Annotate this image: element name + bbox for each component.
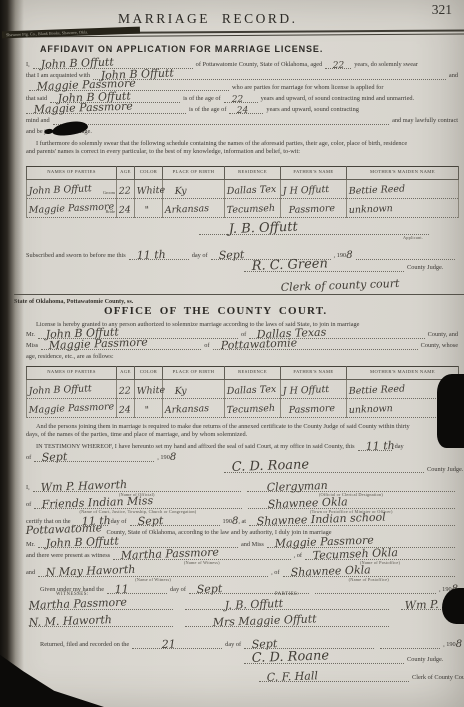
blank-line: Maggie Passmore [26, 106, 186, 114]
table-row: Maggie Passmore 24 " Arkansas Tecumseh P… [27, 399, 459, 418]
form-line: and be joined in marriage. [26, 128, 458, 136]
state-county-line: State of Oklahoma, Pottawatomie County, … [14, 298, 133, 305]
column-header-age: AGE [117, 167, 135, 180]
license-text: age, residence, etc., are as follows: [26, 353, 458, 361]
handwritten-groom-age: 22 [231, 94, 243, 104]
party-two-signature: Mrs Maggie Offutt [213, 612, 317, 629]
bride-mother: unknown [349, 203, 394, 216]
blank-line: Wm P. Haworth (Name of Official) [33, 484, 241, 492]
groom-residence: Dallas Tex [227, 384, 277, 397]
groom-age: 22 [119, 185, 132, 197]
blank-line: Shawnee Okla (Name of Postoffice) [283, 569, 456, 577]
affidavit-paragraph: I furthermore do solemnly swear that the… [26, 140, 458, 148]
signature-line: C. D. Roane [224, 465, 424, 473]
handwritten-day: 11 th [136, 248, 165, 262]
table-row: John B Offutt 22 White Ky Dallas Tex J H… [27, 380, 459, 399]
blank-line: Friends Indian Miss (Name of Court, Just… [34, 501, 241, 509]
printed-text: , 190 [443, 641, 456, 649]
handwritten-month: Sept [252, 637, 278, 651]
blank-line: Sept [34, 454, 154, 462]
bride-name: Maggie Passmore [29, 201, 115, 216]
signature-line: R. C. Green [244, 264, 404, 272]
groom-father: J H Offutt [283, 184, 330, 197]
affidavit-body: I, John B Offutt of Pottawatomie County,… [26, 61, 458, 156]
column-header-residence: RESIDENCE [225, 167, 281, 180]
blank-line: Sept [244, 641, 374, 649]
groom-mother: Bettie Reed [349, 384, 406, 397]
form-line: I, Wm P. Haworth (Name of Official) Cler… [26, 484, 458, 492]
printed-text: , 190 [157, 454, 170, 462]
printed-text: years and upward, sound contracting [266, 106, 359, 114]
printed-text: , of [294, 552, 302, 560]
table-header-row: NAMES OF PARTIES AGE COLOR PLACE OF BIRT… [27, 167, 459, 180]
printed-text: County, whose [421, 342, 458, 350]
column-header-color: COLOR [135, 367, 163, 380]
license-block: License is hereby granted to any person … [26, 321, 458, 361]
blank-line: Tecumseh Okla (Name of Postoffice) [305, 552, 455, 560]
county-judge-signature: C. D. Roane [231, 458, 309, 476]
form-line: and there were present as witness Martha… [26, 552, 458, 560]
affidavit-paragraph: and parents' names is correct in every p… [26, 148, 458, 156]
county-judge-signature: R. C. Green [251, 256, 328, 274]
witness-two-name: N May Haworth [46, 562, 136, 578]
groom-name: John B Offutt [29, 383, 92, 397]
column-header-names: NAMES OF PARTIES [27, 167, 117, 180]
table-row: Maggie PassmoreBride 24 " Arkansas Tecum… [27, 199, 459, 218]
form-line: of Friends Indian Miss (Name of Court, J… [26, 501, 458, 509]
blank-line: Shawnee Okla (Town or Postoffice of Mini… [248, 501, 455, 509]
column-header-residence: RESIDENCE [225, 367, 281, 380]
signature-line: J. B. Offutt Applicant. [199, 227, 429, 235]
license-table-section: NAMES OF PARTIES AGE COLOR PLACE OF BIRT… [26, 366, 458, 418]
printed-text: and [26, 569, 35, 577]
county-judge-signature: C. D. Roane [251, 648, 329, 666]
groom-tag: Groom [103, 190, 115, 195]
handwritten-day: 21 [162, 638, 176, 651]
printed-text: years and upward, of sound contracting m… [261, 95, 415, 103]
signature-line: Mrs Maggie Offutt [185, 619, 389, 627]
bride-mother: unknown [349, 403, 394, 416]
printed-text: Mr. [26, 541, 35, 549]
printed-text: days, of the names of the parties, time … [26, 431, 458, 439]
printed-text: of [26, 454, 31, 462]
blank-line: 21 [132, 641, 222, 649]
printed-text: of [26, 501, 31, 509]
printed-text: of Pottawatomie County, State of Oklahom… [196, 61, 323, 69]
blank-line: 24 [229, 106, 263, 114]
witness-one-postoffice: Tecumseh Okla [313, 546, 399, 562]
blank-line: Clergyman (Official or Clerical Designat… [247, 484, 455, 492]
party-one-signature: J. B. Offutt [225, 597, 284, 612]
handwritten-bride-name: Maggie Passmore [34, 99, 133, 115]
handwritten-year: 8 [170, 452, 176, 463]
officiant-town: Shawnee Okla [267, 495, 347, 511]
blank-line: Martha Passmore (Name of Witness) [113, 552, 290, 560]
printed-text: mind and [26, 117, 50, 125]
groom-birthplace: Ky [175, 385, 187, 397]
bride-residence: Tecumseh [227, 403, 276, 416]
blank-line: 22 [325, 61, 351, 69]
printed-text: Miss [26, 342, 38, 350]
printed-text: 190 [223, 518, 232, 526]
jurat-block: Subscribed and sworn to before me this 1… [26, 252, 458, 296]
printed-text: , at [238, 518, 246, 526]
printed-text: Subscribed and sworn to before me this [26, 252, 126, 260]
license-table: NAMES OF PARTIES AGE COLOR PLACE OF BIRT… [26, 366, 459, 418]
printed-text: is of the age of [183, 95, 220, 103]
signature-line: Martha Passmore [29, 602, 173, 610]
blank-line: N May Haworth (Name of Witness) [38, 569, 268, 577]
groom-mother: Bettie Reed [349, 184, 406, 197]
signature-columns: WITNESSES: Martha Passmore N. M. Haworth… [26, 592, 458, 627]
printed-text: is of the age of [189, 106, 226, 114]
form-line: Returned, filed and recorded on the 21 d… [40, 641, 458, 649]
form-line: mind and and may lawfully contract [26, 117, 458, 125]
groom-residence: Dallas Tex [227, 184, 277, 197]
witness-one-signature: Martha Passmore [29, 596, 128, 612]
column-header-age: AGE [117, 367, 135, 380]
scan-artifact [437, 374, 464, 448]
applicant-signature: J. B. Offutt [228, 220, 297, 237]
column-header-names: NAMES OF PARTIES [27, 367, 117, 380]
printed-text: IN TESTIMONY WHEREOF, I have hereunto se… [26, 443, 355, 451]
county-court-heading: OFFICE OF THE COUNTY COURT. [104, 305, 327, 317]
bride-father: Passmore [289, 203, 336, 216]
printed-text: Mr. [26, 331, 35, 339]
handwritten-year: 8 [346, 250, 352, 261]
bride-father: Passmore [289, 403, 336, 416]
printed-text: and Miss [241, 541, 264, 549]
bride-residence: Tecumseh [227, 203, 276, 216]
column-header-color: COLOR [135, 167, 163, 180]
officiant-designation: Clergyman [266, 479, 327, 494]
blank-line: John B Offutt [93, 72, 446, 80]
page-title: MARRIAGE RECORD. [118, 11, 298, 27]
blank-line: 11 th [358, 443, 392, 451]
bottom-signatures: C. D. Roane County Judge. C. F. Hall Cle… [26, 656, 458, 682]
handwritten-month: Sept [137, 514, 163, 528]
printed-text: , of [271, 569, 279, 577]
column-header-father: FATHER'S NAME [281, 167, 347, 180]
handwritten-year: 8 [456, 639, 462, 650]
handwritten-court-note: Clerk of county court [281, 277, 400, 294]
table-header-row: NAMES OF PARTIES AGE COLOR PLACE OF BIRT… [27, 367, 459, 380]
handwritten-year: 8 [232, 516, 238, 527]
printed-text: and may lawfully contract [392, 117, 458, 125]
printed-text: Returned, filed and recorded on the [40, 641, 129, 649]
book-binding-shadow [0, 0, 24, 707]
printed-text: And the persons joining them in marriage… [26, 423, 458, 431]
returns-paragraph: And the persons joining them in marriage… [26, 423, 458, 439]
groom-name: John B Offutt [29, 183, 92, 197]
clerk-label: Clerk of County Court. [412, 674, 464, 682]
table-row: John B OffuttGroom 22 White Ky Dallas Te… [27, 180, 459, 199]
form-line: I, John B Offutt of Pottawatomie County,… [26, 61, 458, 69]
groom-color: White [137, 185, 166, 197]
signature-line: N. M. Haworth [29, 619, 173, 627]
groom-birthplace: Ky [175, 185, 187, 197]
blank-line [380, 641, 440, 649]
handwritten-month: Sept [196, 582, 222, 596]
bride-birthplace: Arkansas [165, 403, 210, 416]
blank-line [53, 117, 389, 125]
blank-line: Shawnee Indian school [249, 518, 455, 526]
signature-line: C. D. Roane [244, 656, 404, 664]
form-line: Miss Maggie Passmore of Pottawatomie Cou… [26, 342, 458, 350]
groom-father: J H Offutt [283, 384, 330, 397]
printed-text: years, do solemnly swear [354, 61, 418, 69]
form-line: and N May Haworth (Name of Witness) , of… [26, 569, 458, 577]
page-number: 321 [432, 2, 452, 18]
handwritten-day: 11 th [365, 439, 394, 453]
column-header-birth: PLACE OF BIRTH [163, 167, 225, 180]
witness-two-postoffice: Shawnee Okla [290, 563, 370, 579]
county-judge-label: County Judge. [407, 656, 443, 664]
affidavit-heading: AFFIDAVIT ON APPLICATION FOR MARRIAGE LI… [40, 44, 323, 54]
groom-color: White [137, 385, 166, 397]
handwritten-age: 22 [333, 61, 345, 71]
form-line: Maggie Passmore is of the age of 24 year… [26, 106, 458, 114]
column-header-birth: PLACE OF BIRTH [163, 367, 225, 380]
blank-line: Pottawatomie [213, 342, 418, 350]
section-divider [14, 294, 464, 295]
blank-line: 22 [224, 95, 258, 103]
schedule-table-section: NAMES OF PARTIES AGE COLOR PLACE OF BIRT… [26, 166, 458, 218]
handwritten-bride-age: 24 [237, 105, 249, 115]
handwritten-bride-county: Pottawatomie [220, 336, 297, 352]
witness-two-signature: N. M. Haworth [29, 613, 113, 629]
printed-text: County, and [428, 331, 458, 339]
blank-line: Sept [130, 518, 220, 526]
form-line: Subscribed and sworn to before me this 1… [26, 252, 458, 260]
handwritten-month: Sept [218, 248, 244, 262]
blank-line: Maggie Passmore [41, 342, 201, 350]
county-judge-label: County Judge. [407, 264, 443, 272]
testimony-block: IN TESTIMONY WHEREOF, I have hereunto se… [26, 443, 458, 473]
printed-text: that said [26, 95, 47, 103]
printed-text: and [449, 72, 458, 80]
bride-name: Maggie Passmore [29, 401, 115, 416]
signature-line: C. F. Hall [259, 674, 409, 682]
returned-line: Returned, filed and recorded on the 21 d… [40, 641, 458, 652]
printed-text: I, [26, 61, 30, 69]
county-judge-label: County Judge. [427, 466, 463, 474]
printed-text: day of [192, 252, 208, 260]
clerk-signature: C. F. Hall [267, 669, 319, 684]
schedule-table: NAMES OF PARTIES AGE COLOR PLACE OF BIRT… [26, 166, 459, 218]
printed-text: day of [225, 641, 241, 649]
handwritten-groom-name: John B Offutt [45, 535, 118, 551]
blank-line [356, 252, 455, 260]
handwritten-day: 11 [115, 582, 129, 595]
signature-line: J. B. Offutt [185, 602, 389, 610]
handwritten-month: Sept [42, 450, 68, 464]
column-header-father: FATHER'S NAME [281, 367, 347, 380]
printed-text: , 190 [334, 252, 347, 260]
bride-age: 24 [119, 204, 132, 216]
certificate-block: I, Wm P. Haworth (Name of Official) Cler… [26, 484, 458, 597]
printed-text: of [204, 342, 209, 350]
printed-text: who are parties for marriage for whom li… [232, 84, 383, 92]
bride-birthplace: Arkansas [165, 203, 210, 216]
bride-age: 24 [119, 404, 132, 416]
blank-line: 11 th [129, 252, 189, 260]
column-header-mother: MOTHER'S MAIDEN NAME [347, 167, 459, 180]
bride-color-ditto: " [145, 405, 150, 416]
printed-text: day of [111, 518, 127, 526]
groom-age: 22 [119, 385, 132, 397]
applicant-signature-block: J. B. Offutt Applicant. [26, 227, 458, 244]
printed-text: day [395, 443, 404, 451]
marriage-record-page: MARRIAGE RECORD. 321 Shawnee Ptg. Co., B… [0, 0, 464, 707]
printed-text: and there were present as witness [26, 552, 110, 560]
handwritten-bride-name: Maggie Passmore [49, 336, 148, 352]
bride-color-ditto: " [145, 205, 150, 216]
printed-text: I, [26, 484, 30, 492]
form-line: IN TESTIMONY WHEREOF, I have hereunto se… [26, 443, 458, 451]
